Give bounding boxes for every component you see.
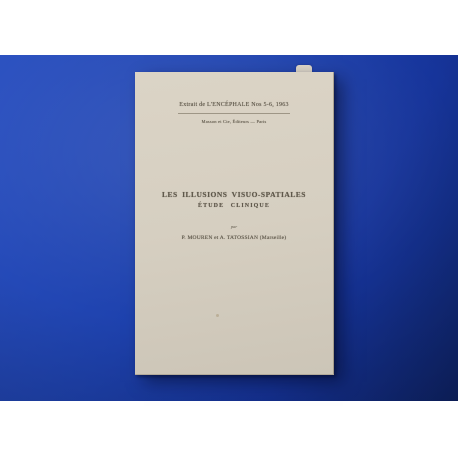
- byline-word: par: [135, 224, 333, 229]
- photo-margin-top: [0, 0, 458, 55]
- document-title: LES ILLUSIONS VISUO-SPATIALES: [135, 190, 333, 199]
- journal-extract-line: Extrait de L'ENCÉPHALE Nos 5-6, 1963: [135, 102, 333, 108]
- offprint-cover: Extrait de L'ENCÉPHALE Nos 5-6, 1963 Mas…: [135, 72, 334, 375]
- authors-line: P. MOUREN et A. TATOSSIAN (Marseille): [135, 235, 333, 241]
- photo-margin-bottom: [0, 401, 458, 458]
- paper-stain-spot: [216, 314, 219, 317]
- header-divider: [178, 113, 290, 114]
- document-subtitle: ÉTUDE CLINIQUE: [135, 203, 333, 209]
- product-photo: Extrait de L'ENCÉPHALE Nos 5-6, 1963 Mas…: [0, 0, 458, 458]
- photo-blue-background: Extrait de L'ENCÉPHALE Nos 5-6, 1963 Mas…: [0, 55, 458, 401]
- publisher-line: Masson et Cie, Éditeurs — Paris: [135, 119, 333, 124]
